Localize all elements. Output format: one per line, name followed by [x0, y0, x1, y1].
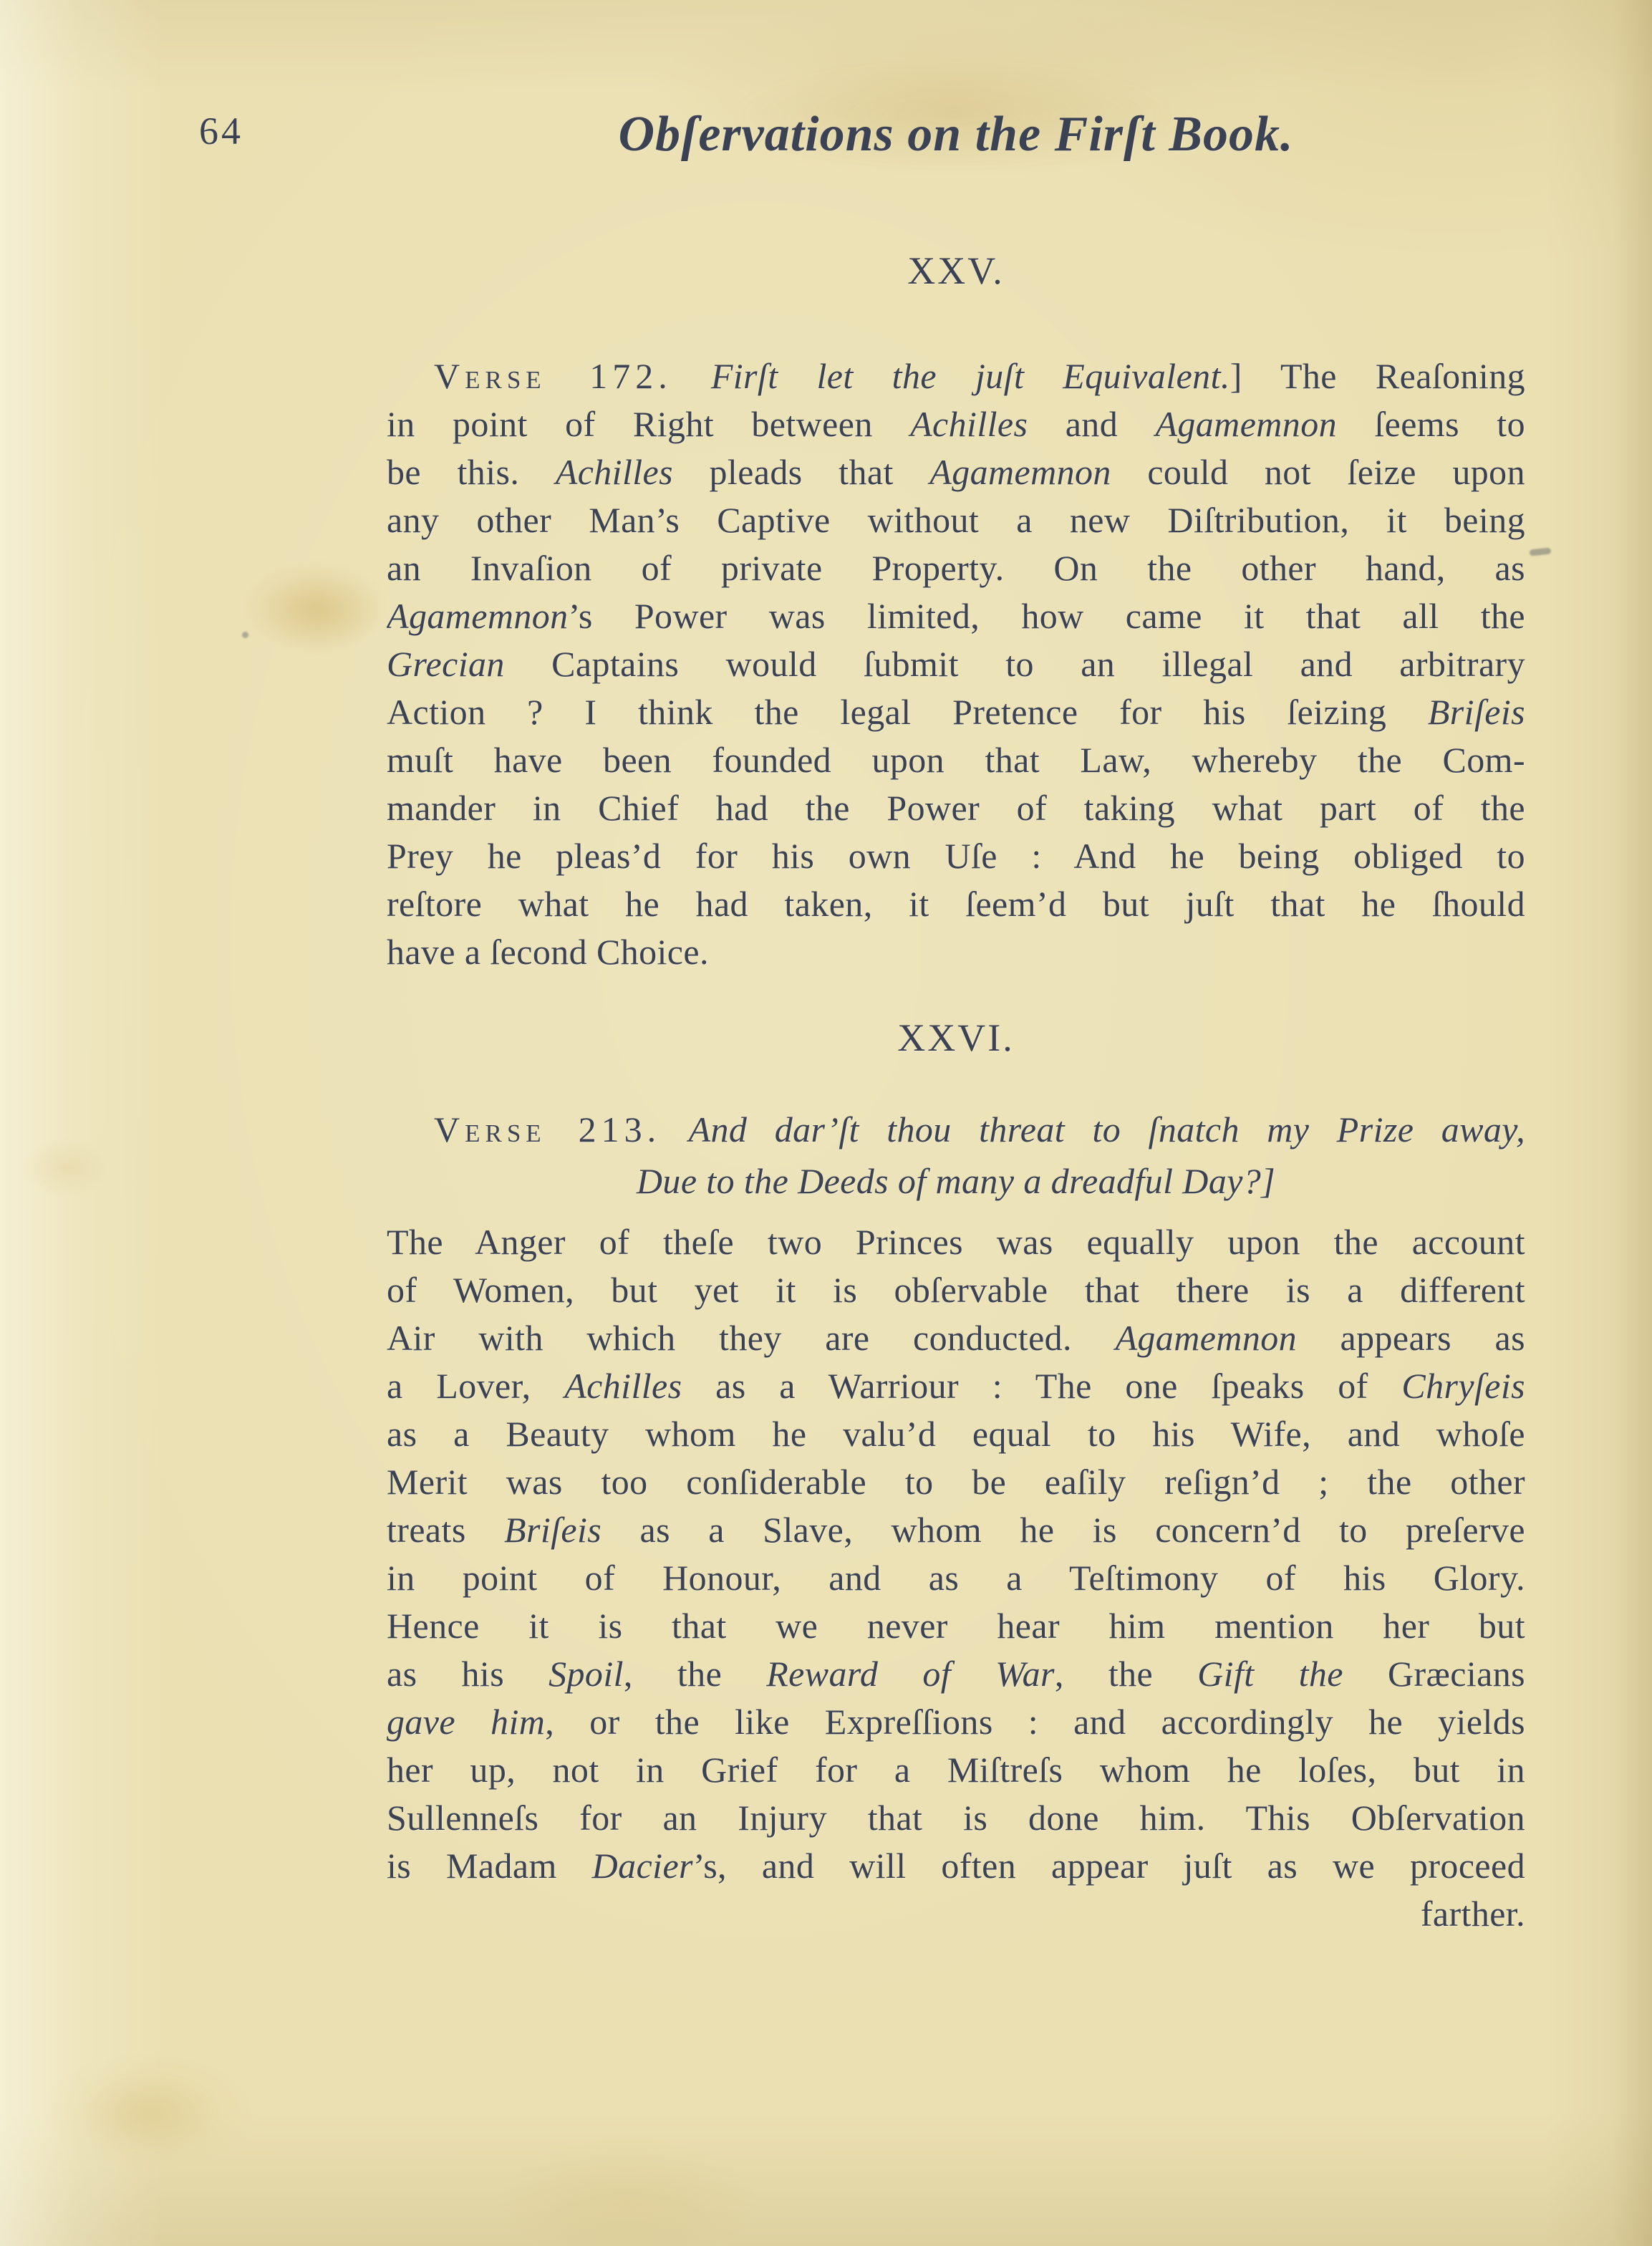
body-line: farther.: [387, 1890, 1525, 1938]
roman-text: pleads that: [673, 452, 929, 492]
body-line: gave him, or the like Expreſſions : and …: [387, 1698, 1525, 1746]
italic-text: Agamemnon: [387, 596, 569, 636]
roman-text: , the: [624, 1654, 766, 1694]
roman-text: in point of Honour, and as a Teſtimony o…: [387, 1558, 1525, 1598]
roman-text: muſt have been founded upon that Law, wh…: [387, 740, 1525, 780]
roman-text: any other Man’s Captive without a new Di…: [387, 500, 1525, 540]
italic-text: Spoil: [549, 1654, 624, 1694]
roman-text: Sullenneſs for an Injury that is done hi…: [387, 1798, 1525, 1838]
italic-text: Achilles: [910, 404, 1028, 444]
roman-text: is Madam: [387, 1846, 592, 1886]
verse-label: Verse 213.: [434, 1109, 661, 1149]
italic-text: Achilles: [564, 1366, 682, 1406]
body-line: reſtore what he had taken, it ſeem’d but…: [387, 880, 1525, 928]
body-line: The Anger of theſe two Princes was equal…: [387, 1218, 1525, 1266]
italic-text: Briſeis: [504, 1510, 602, 1550]
roman-text: ] The Reaſoning: [1230, 356, 1525, 396]
roman-text: , or the like Expreſſions : and accordin…: [545, 1702, 1525, 1742]
roman-text: of Women, but yet it is obſervable that …: [387, 1270, 1525, 1310]
body-line: of Women, but yet it is obſervable that …: [387, 1266, 1525, 1314]
body-line: her up, not in Grief for a Miſtreſs whom…: [387, 1746, 1525, 1794]
body-line: an Invaſion of private Property. On the …: [387, 544, 1525, 592]
italic-text: Agamemnon: [1115, 1318, 1297, 1358]
body-line: Agamemnon’s Power was limited, how came …: [387, 592, 1525, 640]
roman-text: [661, 1109, 688, 1149]
roman-text: The Anger of theſe two Princes was equal…: [387, 1222, 1525, 1262]
roman-text: farther.: [1421, 1894, 1525, 1934]
page-number: 64: [199, 109, 243, 153]
body-line: Grecian Captains would ſubmit to an ille…: [387, 640, 1525, 688]
roman-text: as a Slave, whom he is concern’d to preſ…: [602, 1510, 1525, 1550]
body-line: Verse 172. Firſt let the juſt Equivalent…: [387, 352, 1525, 400]
italic-text: Briſeis: [1428, 692, 1525, 732]
italic-text: Chryſeis: [1401, 1366, 1525, 1406]
roman-text: Merit was too conſiderable to be eaſily …: [387, 1462, 1525, 1502]
italic-text: Agamemnon: [1155, 404, 1337, 444]
roman-text: Græcians: [1343, 1654, 1525, 1694]
roman-text: be this.: [387, 452, 556, 492]
body-line: Prey he pleas’d for his own Uſe : And he…: [387, 832, 1525, 880]
italic-text: gave him: [387, 1702, 545, 1742]
italic-text: Agamemnon: [929, 452, 1111, 492]
verse-quote-line: Verse 213. And dar’ſt thou threat to ſna…: [387, 1104, 1525, 1155]
verse-label: Verse 172.: [434, 356, 672, 396]
roman-text: ſeems to: [1337, 404, 1525, 444]
body-line: treats Briſeis as a Slave, whom he is co…: [387, 1506, 1525, 1554]
roman-text: a Lover,: [387, 1366, 564, 1406]
body-line: as his Spoil, the Reward of War, the Gif…: [387, 1650, 1525, 1698]
body-line: any other Man’s Captive without a new Di…: [387, 496, 1525, 544]
roman-text: Captains would ſubmit to an illegal and …: [505, 644, 1525, 684]
section-heading: XXV.: [387, 249, 1525, 292]
roman-text: her up, not in Grief for a Miſtreſs whom…: [387, 1750, 1525, 1790]
roman-text: an Invaſion of private Property. On the …: [387, 548, 1525, 588]
roman-text: Prey he pleas’d for his own Uſe : And he…: [387, 836, 1525, 876]
roman-text: [672, 356, 711, 396]
roman-text: ’s Power was limited, how came it that a…: [569, 596, 1525, 636]
body-line: a Lover, Achilles as a Warriour : The on…: [387, 1362, 1525, 1410]
roman-text: treats: [387, 1510, 504, 1550]
body-line: Action ? I think the legal Pretence for …: [387, 688, 1525, 736]
body-line: muſt have been founded upon that Law, wh…: [387, 736, 1525, 784]
verse-quote-line: Due to the Deeds of many a dreadful Day?…: [387, 1155, 1525, 1207]
italic-text: And dar’ſt thou threat to ſnatch my Priz…: [689, 1109, 1525, 1149]
body-line: as a Beauty whom he valu’d equal to his …: [387, 1410, 1525, 1458]
roman-text: as a Beauty whom he valu’d equal to his …: [387, 1414, 1525, 1454]
roman-text: reſtore what he had taken, it ſeem’d but…: [387, 884, 1525, 924]
roman-text: and: [1028, 404, 1155, 444]
body-line: Sullenneſs for an Injury that is done hi…: [387, 1794, 1525, 1842]
body-line: in point of Right between Achilles and A…: [387, 400, 1525, 448]
roman-text: ’s, and will often appear juſt as we pro…: [693, 1846, 1525, 1886]
roman-text: could not ſeize upon: [1111, 452, 1525, 492]
paper-stain: [258, 573, 380, 652]
roman-text: Hence it is that we never hear him menti…: [387, 1606, 1525, 1646]
book-page-scan: 64 Obſervations on the Firſt Book. XXV.V…: [0, 0, 1652, 2246]
roman-text: Air with which they are conducted.: [387, 1318, 1115, 1358]
body-line: be this. Achilles pleads that Agamemnon …: [387, 448, 1525, 496]
italic-text: Achilles: [556, 452, 673, 492]
italic-text: Due to the Deeds of many a dreadful Day?…: [637, 1161, 1275, 1201]
italic-text: Firſt let the juſt Equivalent.: [711, 356, 1230, 396]
text-block: Obſervations on the Firſt Book. XXV.Vers…: [387, 105, 1525, 1938]
italic-text: Reward of War: [766, 1654, 1055, 1694]
section-heading: XXVI.: [387, 1016, 1525, 1059]
italic-text: Gift the: [1197, 1654, 1343, 1694]
sections: XXV.Verse 172. Firſt let the juſt Equiva…: [387, 249, 1525, 1938]
roman-text: mander in Chief had the Power of taking …: [387, 788, 1525, 828]
body-line: Hence it is that we never hear him menti…: [387, 1602, 1525, 1650]
roman-text: appears as: [1297, 1318, 1525, 1358]
roman-text: have a ſecond Choice.: [387, 932, 709, 972]
body-line: is Madam Dacier’s, and will often appear…: [387, 1842, 1525, 1890]
ink-speck: [242, 632, 248, 638]
body-line: Merit was too conſiderable to be eaſily …: [387, 1458, 1525, 1506]
body-line: Air with which they are conducted. Agame…: [387, 1314, 1525, 1362]
body-line: in point of Honour, and as a Teſtimony o…: [387, 1554, 1525, 1602]
roman-text: as his: [387, 1654, 549, 1694]
roman-text: Action ? I think the legal Pretence for …: [387, 692, 1428, 732]
body-line: have a ſecond Choice.: [387, 928, 1525, 976]
roman-text: in point of Right between: [387, 404, 910, 444]
roman-text: as a Warriour : The one ſpeaks of: [682, 1366, 1401, 1406]
ink-dash-artifact: [1530, 547, 1552, 556]
italic-text: Grecian: [387, 644, 505, 684]
roman-text: , the: [1055, 1654, 1197, 1694]
running-title: Obſervations on the Firſt Book.: [387, 105, 1525, 165]
body-line: mander in Chief had the Power of taking …: [387, 784, 1525, 832]
paper-stain: [79, 2077, 215, 2149]
italic-text: Dacier: [592, 1846, 693, 1886]
